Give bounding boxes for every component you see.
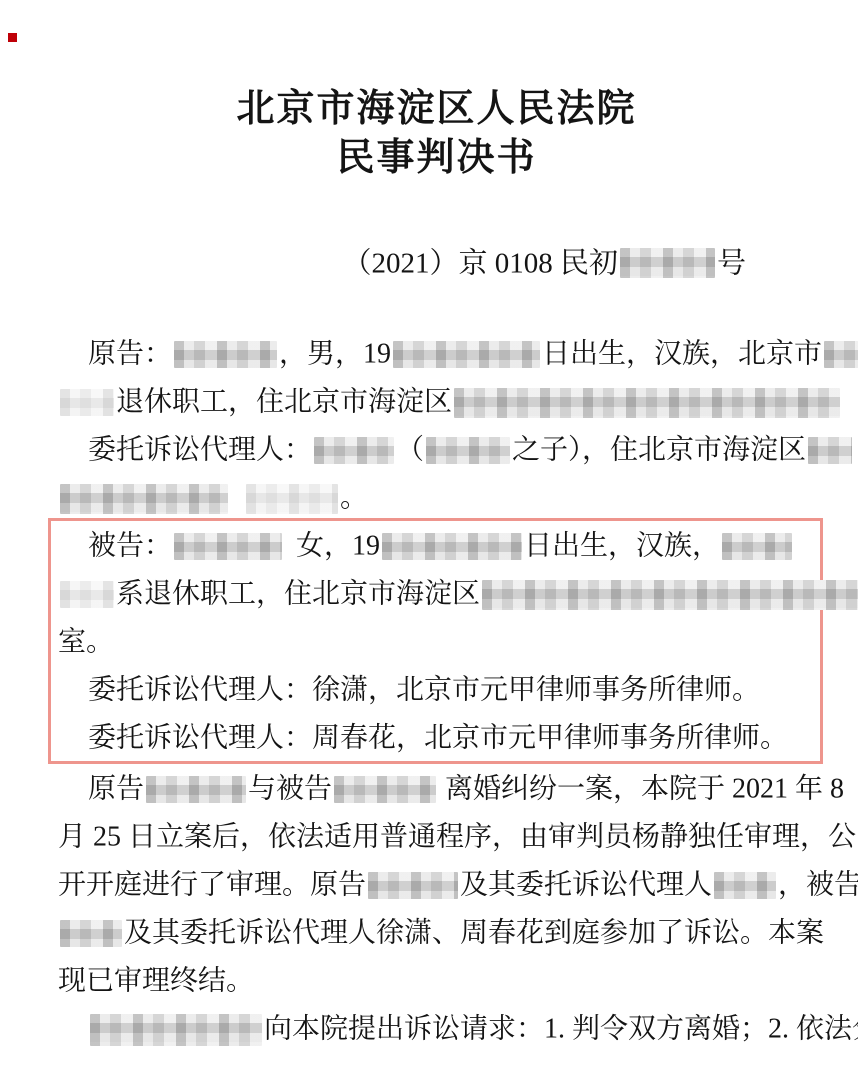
- document-line: 及其委托诉讼代理人徐潇、周春花到庭参加了诉讼。本案: [58, 908, 815, 956]
- redaction-blur: [426, 437, 510, 464]
- document-line: 委托诉讼代理人：周春花，北京市元甲律师事务所律师。: [58, 713, 812, 761]
- text-run: 。: [340, 483, 368, 514]
- redaction-blur: [482, 580, 858, 610]
- text-run: 月 25 日立案后，依法适用普通程序，由审判员杨静独任审理，公: [58, 822, 856, 853]
- text-run: 开开庭进行了审理。原告: [58, 870, 366, 901]
- redaction-blur: [382, 533, 522, 560]
- redaction-blur: [824, 341, 858, 368]
- section-trial-process: 原告与被告 离婚纠纷一案，本院于 2021 年 8月 25 日立案后，依法适用普…: [58, 764, 815, 1004]
- document-line: 委托诉讼代理人：徐潇，北京市元甲律师事务所律师。: [58, 665, 812, 713]
- text-run: 系退休职工，住北京市海淀区: [116, 579, 480, 610]
- document-line: 开开庭进行了审理。原告及其委托诉讼代理人，被告: [58, 860, 815, 908]
- redaction-blur: [246, 484, 338, 514]
- text-run: 原告: [88, 774, 144, 805]
- judgment-document-page: 北京市海淀区人民法院 民事判决书 （2021）京 0108 民初号 原告：，男，…: [0, 0, 858, 1085]
- text-run: （: [396, 435, 424, 466]
- text-run: 委托诉讼代理人：: [88, 435, 312, 466]
- document-body: 原告：，男，19日出生，汉族，北京市退休职工，住北京市海淀区委托诉讼代理人：（之…: [58, 329, 815, 1052]
- document-line: （2021）京 0108 民初号: [58, 237, 746, 285]
- court-name: 北京市海淀区人民法院: [58, 84, 815, 134]
- document-line: 原告：，男，19日出生，汉族，北京市: [58, 329, 815, 377]
- document-line: 被告：女，19日出生，汉族，: [58, 521, 812, 569]
- document-line: 系退休职工，住北京市海淀区: [58, 569, 812, 617]
- text-run: 与被告: [248, 774, 332, 805]
- redaction-blur: [90, 1014, 262, 1046]
- redaction-blur: [808, 437, 852, 464]
- text-run: 委托诉讼代理人：周春花，北京市元甲律师事务所律师。: [88, 723, 788, 754]
- text-run: 向本院提出诉讼请求：1. 判令双方离婚；2. 依法分割: [264, 1014, 858, 1045]
- redaction-blur: [620, 248, 715, 278]
- text-run: 被告：: [88, 531, 172, 562]
- document-line: 现已审理终结。: [58, 956, 815, 1004]
- text-run: 离婚纠纷一案，本院于 2021 年 8: [438, 774, 844, 805]
- text-run: 日出生，汉族，: [524, 531, 720, 562]
- document-line: 。: [58, 473, 815, 521]
- text-run: ，被告: [778, 870, 858, 901]
- highlight-box-section-defendant: 被告：女，19日出生，汉族，系退休职工，住北京市海淀区室。委托诉讼代理人：徐潇，…: [48, 518, 823, 764]
- redaction-blur: [393, 341, 540, 368]
- document-line: 原告与被告 离婚纠纷一案，本院于 2021 年 8: [58, 764, 815, 812]
- case-number-line: （2021）京 0108 民初号: [58, 237, 815, 285]
- redaction-blur: [314, 437, 394, 464]
- text-run: 日出生，汉族，北京市: [542, 339, 822, 370]
- redaction-blur: [60, 389, 114, 416]
- text-run: 号: [717, 247, 746, 279]
- document-type-title: 民事判决书: [58, 134, 815, 183]
- redaction-blur: [174, 533, 282, 560]
- redaction-blur: [454, 388, 840, 418]
- document-line: 退休职工，住北京市海淀区: [58, 377, 815, 425]
- redaction-blur: [368, 872, 458, 899]
- text-run: 室。: [58, 627, 114, 658]
- redaction-blur: [334, 776, 436, 803]
- section-plaintiff: 原告：，男，19日出生，汉族，北京市退休职工，住北京市海淀区: [58, 329, 815, 425]
- text-run: 原告：: [88, 339, 172, 370]
- corner-mark: [8, 33, 17, 42]
- text-run: 及其委托诉讼代理人: [460, 870, 712, 901]
- redaction-blur: [146, 776, 246, 803]
- text-run: 现已审理终结。: [58, 966, 254, 997]
- document-line: 室。: [58, 617, 812, 665]
- text-run: 女，19: [296, 531, 380, 562]
- document-line: 向本院提出诉讼请求：1. 判令双方离婚；2. 依法分割: [58, 1004, 815, 1052]
- text-run: 及其委托诉讼代理人徐潇、周春花到庭参加了诉讼。本案: [124, 918, 824, 949]
- text-run: 委托诉讼代理人：徐潇，北京市元甲律师事务所律师。: [88, 675, 760, 706]
- redaction-blur: [714, 872, 776, 899]
- redaction-blur: [60, 581, 114, 608]
- redaction-blur: [60, 920, 122, 947]
- section-plaintiff-agent: 委托诉讼代理人：（之子），住北京市海淀区。: [58, 425, 815, 521]
- text-run: ，男，19: [279, 339, 391, 370]
- document-line: 委托诉讼代理人：（之子），住北京市海淀区: [58, 425, 815, 473]
- redaction-blur: [722, 533, 792, 560]
- text-run: 退休职工，住北京市海淀区: [116, 387, 452, 418]
- document-title-block: 北京市海淀区人民法院 民事判决书: [58, 0, 815, 183]
- document-line: 月 25 日立案后，依法适用普通程序，由审判员杨静独任审理，公: [58, 812, 815, 860]
- redaction-blur: [60, 484, 228, 514]
- redaction-blur: [174, 341, 277, 368]
- text-run: 之子），住北京市海淀区: [512, 435, 806, 466]
- text-run: （2021）京 0108 民初: [342, 247, 618, 279]
- section-claims: 向本院提出诉讼请求：1. 判令双方离婚；2. 依法分割: [58, 1004, 815, 1052]
